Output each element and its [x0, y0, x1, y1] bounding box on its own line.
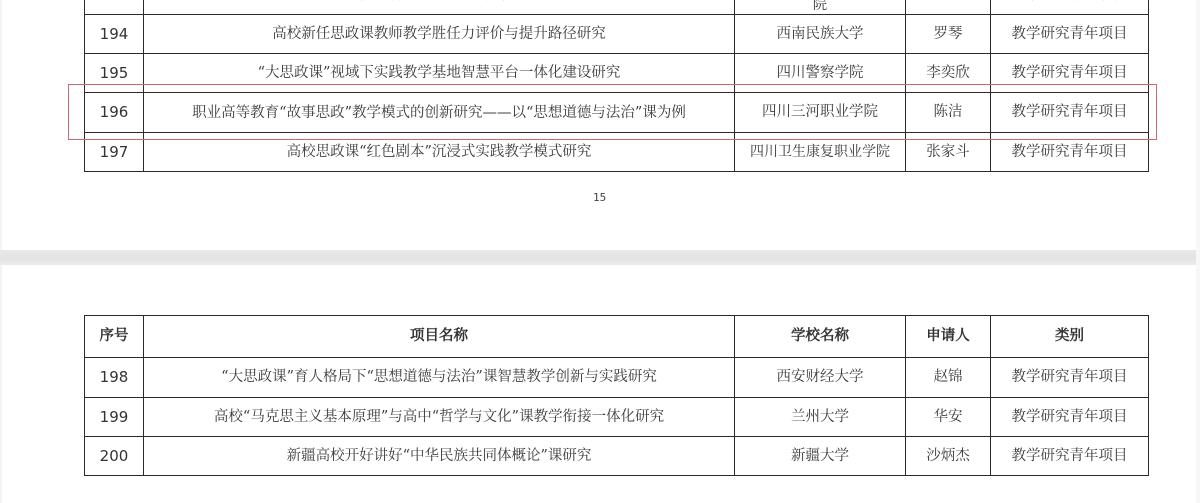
cell-applicant: 陈洁 — [906, 93, 991, 133]
cell-category: 教学研究青年项目 — [991, 358, 1149, 398]
cell-project: 新疆高校开好讲好“中华民族共同体概论”课研究 — [144, 437, 735, 476]
cell-project: “大思政课”视域下实践教学基地智慧平台一体化建设研究 — [144, 54, 735, 93]
cell-school: 四川卫生康复职业学院 — [735, 133, 906, 172]
table-row: 194 高校新任思政课教师教学胜任力评价与提升路径研究 西南民族大学 罗琴 教学… — [85, 15, 1149, 54]
cell-applicant: 华安 — [906, 398, 991, 437]
cell-applicant: 罗琴 — [906, 15, 991, 54]
header-school: 学校名称 — [735, 316, 906, 358]
page-separator — [0, 250, 1200, 265]
cell-school: 西南民族大学 — [735, 15, 906, 54]
cell-project: 高校“马克思主义基本原理”与高中“哲学与文化”课教学衔接一体化研究 — [144, 398, 735, 437]
cell-category: 教学研究青年项目 — [991, 93, 1149, 133]
table-row-highlighted: 196 职业高等教育“故事思政”教学模式的创新研究——以“思想道德与法治”课为例… — [85, 93, 1149, 133]
cell-applicant: 张家斗 — [906, 133, 991, 172]
cell-category: 教学研究青年项目 — [991, 54, 1149, 93]
table-row: 198 “大思政课”育人格局下“思想道德与法治”课智慧教学创新与实践研究 西安财… — [85, 358, 1149, 398]
cell-project: …新时代高校思政课实践教学研究… — [144, 0, 735, 15]
header-no: 序号 — [85, 316, 144, 358]
cell-applicant: 赵锦 — [906, 358, 991, 398]
cell-school: 院 — [735, 0, 906, 15]
cell-no — [85, 0, 144, 15]
cell-category: 教学研究青年项目 — [991, 15, 1149, 54]
table-row: 197 高校思政课“红色剧本”沉浸式实践教学模式研究 四川卫生康复职业学院 张家… — [85, 133, 1149, 172]
header-project: 项目名称 — [144, 316, 735, 358]
table-row: 199 高校“马克思主义基本原理”与高中“哲学与文化”课教学衔接一体化研究 兰州… — [85, 398, 1149, 437]
cell-no: 195 — [85, 54, 144, 93]
cell-no: 196 — [85, 93, 144, 133]
header-applicant: 申请人 — [906, 316, 991, 358]
table-header-row: 序号 项目名称 学校名称 申请人 类别 — [85, 316, 1149, 358]
header-category: 类别 — [991, 316, 1149, 358]
cell-no: 197 — [85, 133, 144, 172]
cell-school: 新疆大学 — [735, 437, 906, 476]
page-number: 15 — [593, 191, 606, 204]
table-row: 200 新疆高校开好讲好“中华民族共同体概论”课研究 新疆大学 沙炳杰 教学研究… — [85, 437, 1149, 476]
cell-project: 高校思政课“红色剧本”沉浸式实践教学模式研究 — [144, 133, 735, 172]
cell-no: 200 — [85, 437, 144, 476]
cell-applicant — [906, 0, 991, 15]
cell-school: 四川警察学院 — [735, 54, 906, 93]
cell-category: 教学研究青年项目 — [991, 398, 1149, 437]
cell-applicant: 沙炳杰 — [906, 437, 991, 476]
cell-project: 高校新任思政课教师教学胜任力评价与提升路径研究 — [144, 15, 735, 54]
project-table-page-16: 序号 项目名称 学校名称 申请人 类别 198 “大思政课”育人格局下“思想道德… — [84, 315, 1149, 476]
cell-no: 194 — [85, 15, 144, 54]
cell-no: 199 — [85, 398, 144, 437]
cell-project: “大思政课”育人格局下“思想道德与法治”课智慧教学创新与实践研究 — [144, 358, 735, 398]
cell-school: 四川三河职业学院 — [735, 93, 906, 133]
cell-category: 教学研究青年项目 — [991, 0, 1149, 15]
cell-project: 职业高等教育“故事思政”教学模式的创新研究——以“思想道德与法治”课为例 — [144, 93, 735, 133]
table-row-partial: …新时代高校思政课实践教学研究… 院 教学研究青年项目 — [85, 0, 1149, 15]
project-table-page-15: …新时代高校思政课实践教学研究… 院 教学研究青年项目 194 高校新任思政课教… — [84, 0, 1149, 172]
cell-applicant: 李奕欣 — [906, 54, 991, 93]
scrollbar-track[interactable] — [1196, 0, 1200, 503]
table-row: 195 “大思政课”视域下实践教学基地智慧平台一体化建设研究 四川警察学院 李奕… — [85, 54, 1149, 93]
cell-no: 198 — [85, 358, 144, 398]
cell-school: 西安财经大学 — [735, 358, 906, 398]
cell-category: 教学研究青年项目 — [991, 133, 1149, 172]
cell-school: 兰州大学 — [735, 398, 906, 437]
cell-category: 教学研究青年项目 — [991, 437, 1149, 476]
